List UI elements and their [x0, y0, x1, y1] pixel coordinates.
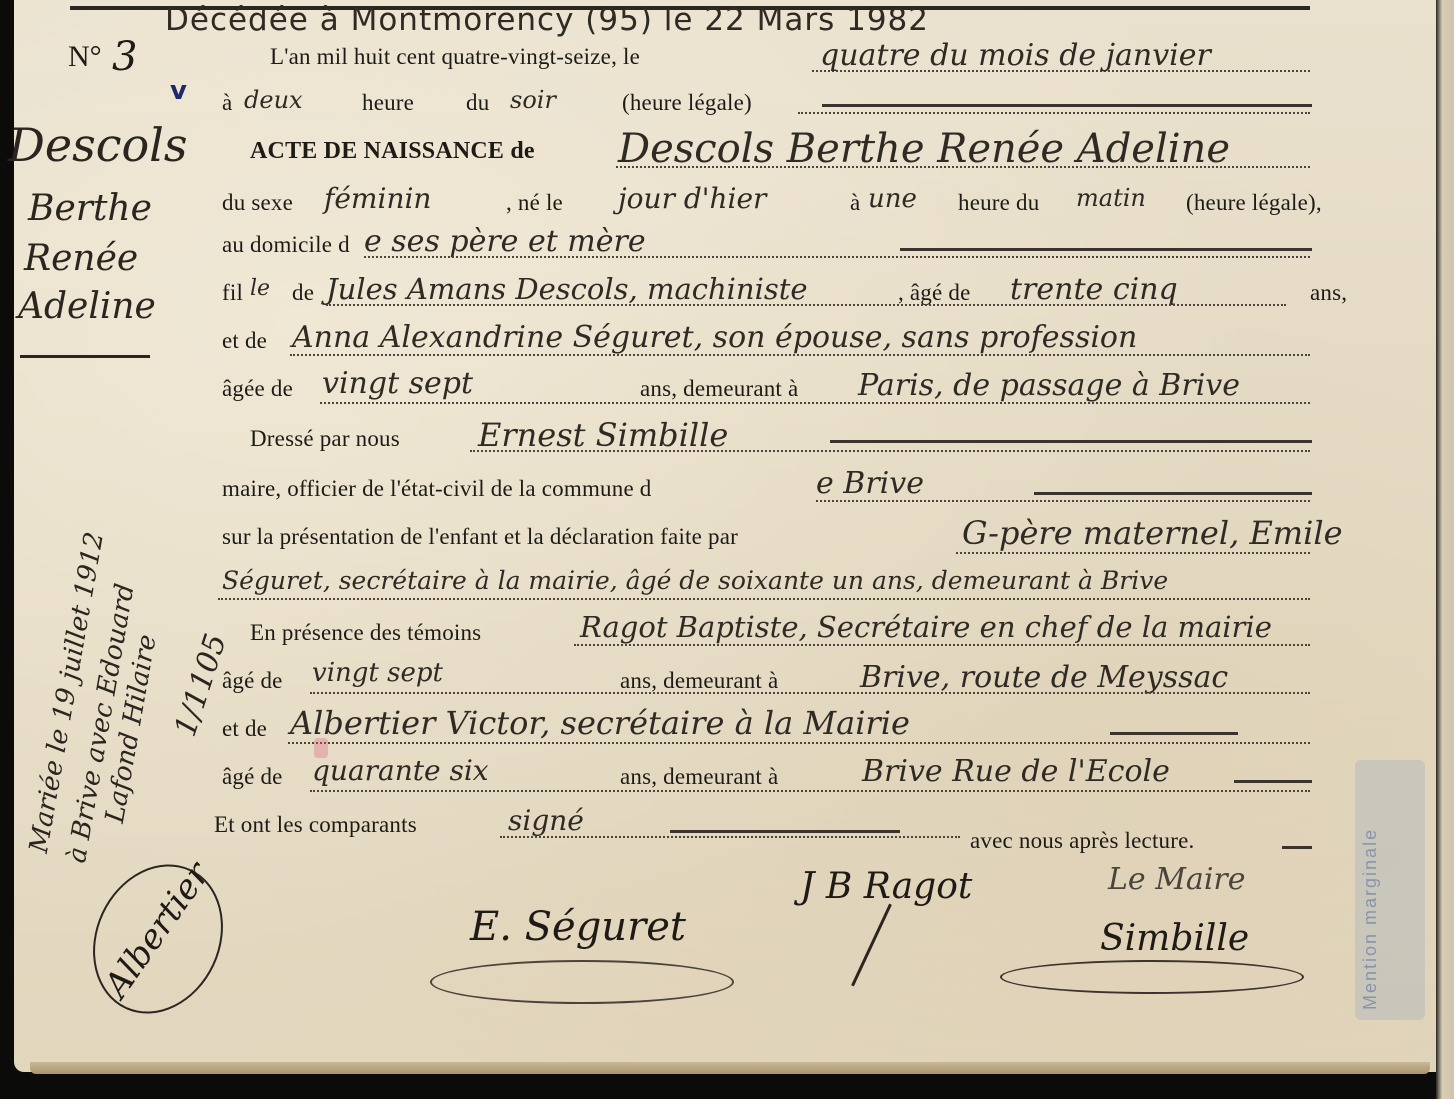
witness-2-residence: Brive Rue de l'Ecole: [862, 754, 1170, 789]
witness-1: Ragot Baptiste, Secrétaire en chef de la…: [580, 610, 1272, 644]
l2-strike: [822, 104, 1312, 107]
l14-fill-line: [310, 692, 1310, 694]
l14-demeurant: ans, demeurant à: [620, 668, 778, 694]
l15-et-de: et de: [222, 716, 267, 742]
l5-strike: [900, 248, 1312, 251]
mother-age: vingt sept: [322, 366, 473, 401]
l10-strike: [1034, 492, 1312, 495]
father-age: trente cinq: [1010, 272, 1178, 307]
l9-dresse: Dressé par nous: [250, 426, 400, 452]
l8-agee-de: âgée de: [222, 376, 293, 402]
l6-de: de: [292, 280, 314, 306]
witness-1-residence: Brive, route de Meyssac: [860, 660, 1228, 695]
faded-stamp-text: Mention marginale: [1360, 828, 1381, 1010]
page-stack-edge: [30, 1062, 1430, 1074]
l16-age-de: âgé de: [222, 764, 283, 790]
l6-fil: fil: [222, 280, 243, 306]
red-ink-mark: [314, 738, 328, 758]
binding-edge: [1436, 0, 1454, 1099]
l15-strike: [1110, 732, 1238, 735]
l5-domicile: au domicile d: [222, 232, 350, 258]
mayor-title: Le Maire: [1108, 862, 1246, 897]
l4-sexe: du sexe: [222, 190, 293, 216]
l3-title: ACTE DE NAISSANCE de: [250, 138, 535, 165]
l16-demeurant: ans, demeurant à: [620, 764, 778, 790]
mayor-signature: Simbille: [1100, 918, 1249, 959]
witness-2-age: quarante six: [312, 754, 489, 787]
margin-rule: [20, 355, 150, 358]
l8-demeurant: ans, demeurant à: [640, 376, 798, 402]
seguret-signature: E. Séguret: [470, 904, 686, 950]
l7-et-de: et de: [222, 328, 267, 354]
l5-fill-line: [364, 256, 1310, 258]
l11-fill-line: [956, 552, 1310, 554]
l16-fill-line: [310, 790, 1310, 792]
l2-fill-line: [798, 112, 1310, 114]
signed-status: signé: [508, 804, 584, 837]
declarant-details: Séguret, secrétaire à la mairie, âgé de …: [222, 566, 1168, 595]
witness-2: Albertier Victor, secrétaire à la Mairie: [290, 704, 910, 742]
l2-heure: heure: [362, 90, 414, 116]
l2-hour: deux: [244, 86, 303, 114]
l2-a: à: [222, 90, 232, 116]
l2-du: du: [466, 90, 489, 116]
check-mark-icon: v: [170, 76, 187, 106]
l7-fill-line: [290, 354, 1310, 356]
l17-comparants: Et ont les comparants: [214, 812, 417, 838]
l17-apres-lecture: avec nous après lecture.: [970, 828, 1194, 854]
officer: Ernest Simbille: [478, 416, 728, 454]
l1-date: quatre du mois de janvier: [820, 38, 1211, 73]
l17-end-dash: [1282, 846, 1312, 849]
domicile: e ses père et mère: [364, 224, 646, 259]
l17-strike: [670, 830, 900, 833]
margin-given-name-3: Adeline: [18, 286, 156, 327]
l9-strike: [830, 440, 1312, 443]
l11-presentation: sur la présentation de l'enfant et la dé…: [222, 524, 738, 550]
birth-hour: une: [868, 184, 917, 214]
margin-given-name-2: Renée: [24, 238, 138, 279]
l1-printed: L'an mil huit cent quatre-vingt-seize, l…: [270, 44, 640, 70]
l9-fill-line: [470, 450, 1310, 452]
l16-strike: [1234, 780, 1312, 783]
l4-heure-du: heure du: [958, 190, 1039, 216]
l13-fill-line: [574, 644, 1310, 646]
margin-surname: Descols: [8, 118, 188, 172]
act-number-label: N°: [68, 40, 102, 74]
ragot-signature: J B Ragot: [800, 866, 972, 907]
l10-maire: maire, officier de l'état-civil de la co…: [222, 476, 652, 502]
l6-fill-line: [326, 304, 1286, 306]
l13-presence: En présence des témoins: [250, 620, 481, 646]
l4-a: à: [850, 190, 860, 216]
l12-fill-line: [218, 598, 1310, 600]
l17-fill-line: [500, 836, 960, 838]
seguret-signature-flourish: [430, 960, 734, 1004]
l2-heure-legale: (heure légale): [622, 90, 752, 116]
death-annotation: Décédée à Montmorency (95) le 22 Mars 19…: [165, 2, 929, 38]
mother: Anna Alexandrine Séguret, son épouse, sa…: [292, 320, 1137, 355]
birth-period: matin: [1076, 184, 1146, 212]
l8-fill-line: [320, 402, 1310, 404]
witness-1-age: vingt sept: [312, 658, 443, 688]
mayor-signature-flourish: [1000, 960, 1304, 994]
l6-age-de: , âgé de: [898, 280, 970, 306]
l6-gender-suffix: le: [250, 276, 270, 301]
l3-fill-line: [616, 166, 1310, 168]
l4-heure-legale: (heure légale),: [1186, 190, 1322, 216]
l6-ans: ans,: [1310, 280, 1347, 306]
act-number: 3: [112, 34, 137, 80]
father: Jules Amans Descols, machiniste: [326, 272, 808, 306]
l10-fill-line: [816, 500, 1310, 502]
l15-fill-line: [288, 742, 1310, 744]
parents-residence: Paris, de passage à Brive: [858, 368, 1240, 403]
declarant: G-père maternel, Emile: [962, 514, 1343, 552]
sex: féminin: [324, 182, 431, 215]
margin-given-name-1: Berthe: [28, 188, 152, 229]
l14-age-de: âgé de: [222, 668, 283, 694]
l2-period: soir: [510, 86, 556, 114]
birth-day: jour d'hier: [618, 182, 766, 215]
commune: e Brive: [816, 466, 924, 501]
l4-ne-le: , né le: [506, 190, 563, 216]
